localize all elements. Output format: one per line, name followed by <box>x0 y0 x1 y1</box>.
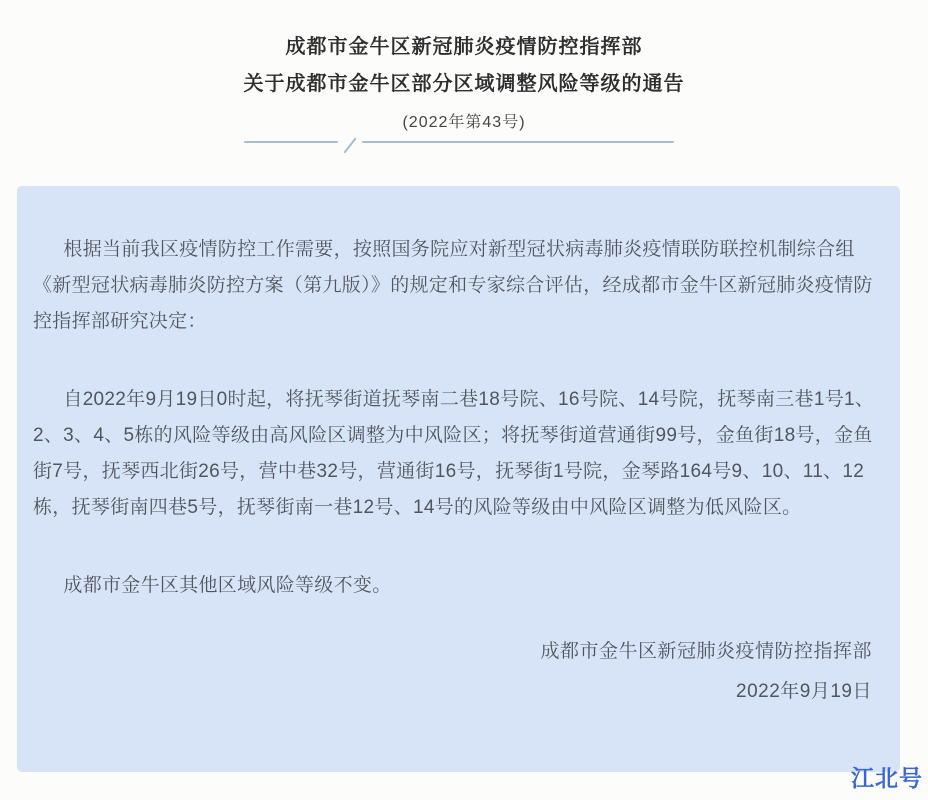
notice-title-line2: 关于成都市金牛区部分区域调整风险等级的通告 <box>0 71 928 97</box>
signature-issuer: 成都市金牛区新冠肺炎疫情防控指挥部 <box>33 632 872 672</box>
notice-header: 成都市金牛区新冠肺炎疫情防控指挥部 关于成都市金牛区部分区域调整风险等级的通告 … <box>0 0 928 132</box>
signature-date: 2022年9月19日 <box>33 672 872 712</box>
divider-slash-icon <box>343 137 356 153</box>
title-divider <box>244 129 674 155</box>
notice-page: 成都市金牛区新冠肺炎疫情防控指挥部 关于成都市金牛区部分区域调整风险等级的通告 … <box>0 0 928 800</box>
paragraph-other-areas-unchanged: 成都市金牛区其他区域风险等级不变。 <box>33 568 876 604</box>
watermark-jiangbei-hao: 江北号 <box>851 760 923 793</box>
signature-block: 成都市金牛区新冠肺炎疫情防控指挥部 2022年9月19日 <box>33 632 876 712</box>
notice-body-card: 根据当前我区疫情防控工作需要，按照国务院应对新型冠状病毒肺炎疫情联防联控机制综合… <box>17 186 900 772</box>
divider-line-right <box>362 141 674 143</box>
paragraph-risk-adjustment: 自2022年9月19日0时起，将抚琴街道抚琴南二巷18号院、16号院、14号院，… <box>33 382 876 526</box>
divider-line-left <box>244 141 338 143</box>
notice-title-line1: 成都市金牛区新冠肺炎疫情防控指挥部 <box>0 34 928 60</box>
paragraph-legal-basis: 根据当前我区疫情防控工作需要，按照国务院应对新型冠状病毒肺炎疫情联防联控机制综合… <box>33 232 876 340</box>
